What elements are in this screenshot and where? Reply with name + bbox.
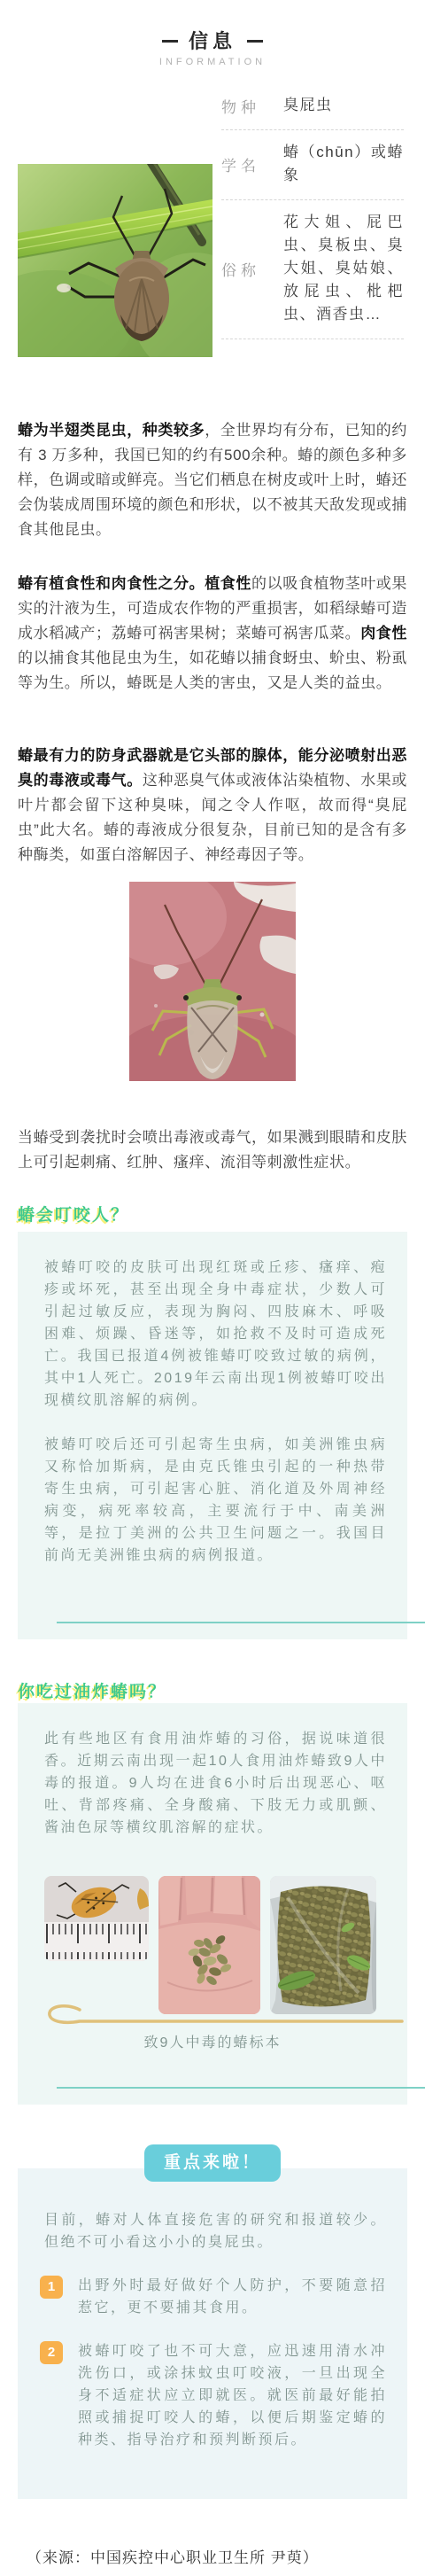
bug-on-red-wall-photo[interactable] bbox=[129, 882, 296, 1081]
specimen-photo-row bbox=[44, 1876, 407, 2014]
bite-paragraph-2: 被蝽叮咬后还可引起寄生虫病，如美洲锥虫病又称恰加斯病，是由克氏锥虫引起的一种热带… bbox=[18, 1412, 407, 1567]
hand-with-bugs-photo[interactable] bbox=[158, 1876, 260, 2014]
teal-underline bbox=[57, 2087, 425, 2089]
page-title: 信息 bbox=[0, 27, 425, 54]
bag-of-bugs-illustration bbox=[270, 1876, 376, 2014]
bug-on-red-wall-illustration bbox=[129, 882, 296, 1081]
row-label: 学名 bbox=[221, 153, 271, 175]
specimen-ruler-photo[interactable] bbox=[44, 1876, 149, 1961]
section-heading-fried: 你吃过油炸蝽吗？ bbox=[18, 1678, 166, 1702]
row-value: 臭屁虫 bbox=[283, 94, 404, 117]
table-row: 俗称 花大姐、屁巴虫、臭板虫、臭大姐、臭姑娘、放屁虫、枇杷虫、酒香虫… bbox=[221, 200, 404, 339]
number-badge: 1 bbox=[40, 2276, 63, 2299]
key-point-text: 出野外时最好做好个人防护，不要随意招惹它，更不要捕其食用。 bbox=[78, 2278, 387, 2315]
gold-scroll-ornament bbox=[39, 2003, 411, 2029]
key-point-text: 被蝽叮咬了也不可大意，应迅速用清水冲洗伤口，或涂抹蚊虫叮咬液，一旦出现全身不适症… bbox=[78, 2344, 387, 2448]
fried-info-box: 此有些地区有食用油炸蝽的习俗，据说味道很香。近期云南出现一起10人食用油炸蝽致9… bbox=[18, 1703, 407, 2105]
key-points-box: 目前，蝽对人体直接危害的研究和报道较少。但绝不可小看这小小的臭屁虫。 1 出野外… bbox=[18, 2168, 407, 2499]
paragraph-irritation: 当蝽受到袭扰时会喷出毒液或毒气，如果溅到眼睛和皮肤上可引起刺痛、红肿、瘙痒、流泪… bbox=[18, 1125, 407, 1175]
stinkbug-on-leaf-photo[interactable] bbox=[18, 164, 212, 357]
paragraph-diet: 蝽有植食性和肉食性之分。植食性的以吸食植物茎叶或果实的汁液为生，可造成农作物的严… bbox=[18, 572, 407, 696]
key-point-item: 1 出野外时最好做好个人防护，不要随意招惹它，更不要捕其食用。 bbox=[18, 2275, 407, 2319]
page-title-text: 信息 bbox=[189, 30, 236, 52]
row-label: 物种 bbox=[221, 95, 271, 117]
source-credit: （来源：中国疾控中心职业卫生所 尹萸） bbox=[27, 2545, 319, 2567]
bite-paragraph-1: 被蝽叮咬的皮肤可出现红斑或丘疹、瘙痒、疱疹或坏死，甚至出现全身中毒症状，少数人可… bbox=[18, 1232, 407, 1412]
key-point-item: 2 被蝽叮咬了也不可大意，应迅速用清水冲洗伤口，或涂抹蚊虫叮咬液，一旦出现全身不… bbox=[18, 2340, 407, 2451]
page-subtitle: INFORMATION bbox=[0, 57, 425, 67]
row-label: 俗称 bbox=[221, 258, 271, 280]
specimen-ruler-illustration bbox=[44, 1876, 149, 1961]
photo-caption: 致9人中毒的蝽标本 bbox=[18, 2031, 407, 2051]
table-row: 学名 蝽（chūn）或蝽象 bbox=[221, 130, 404, 200]
bite-info-box: 被蝽叮咬的皮肤可出现红斑或丘疹、瘙痒、疱疹或坏死，甚至出现全身中毒症状，少数人可… bbox=[18, 1232, 407, 1639]
paragraph-defense: 蝽最有力的防身武器就是它头部的腺体，能分泌喷射出恶臭的毒液或毒气。这种恶臭气体或… bbox=[18, 743, 407, 868]
title-dash-left bbox=[162, 40, 178, 43]
stinkbug-on-leaf-illustration bbox=[18, 164, 212, 357]
species-info-table: 物种 臭屁虫 学名 蝽（chūn）或蝽象 俗称 花大姐、屁巴虫、臭板虫、臭大姐、… bbox=[221, 83, 404, 339]
table-row: 物种 臭屁虫 bbox=[221, 83, 404, 130]
hand-with-bugs-illustration bbox=[158, 1876, 260, 2014]
article-page: 信息 INFORMATION bbox=[0, 0, 425, 2576]
row-value: 花大姐、屁巴虫、臭板虫、臭大姐、臭姑娘、放屁虫、枇杷虫、酒香虫… bbox=[283, 211, 404, 326]
key-points-button[interactable]: 重点来啦！ bbox=[144, 2144, 281, 2182]
bag-of-bugs-photo[interactable] bbox=[270, 1876, 376, 2014]
paragraph-intro: 蝽为半翅类昆虫，种类较多，全世界均有分布，已知的约有 3 万多种，我国已知的约有… bbox=[18, 418, 407, 542]
number-badge: 2 bbox=[40, 2341, 63, 2364]
teal-underline bbox=[57, 1622, 425, 1623]
title-dash-right bbox=[247, 40, 263, 43]
fried-paragraph: 此有些地区有食用油炸蝽的习俗，据说味道很香。近期云南出现一起10人食用油炸蝽致9… bbox=[18, 1703, 407, 1839]
row-value: 蝽（chūn）或蝽象 bbox=[283, 141, 404, 187]
section-heading-bite: 蝽会叮咬人？ bbox=[18, 1202, 129, 1226]
